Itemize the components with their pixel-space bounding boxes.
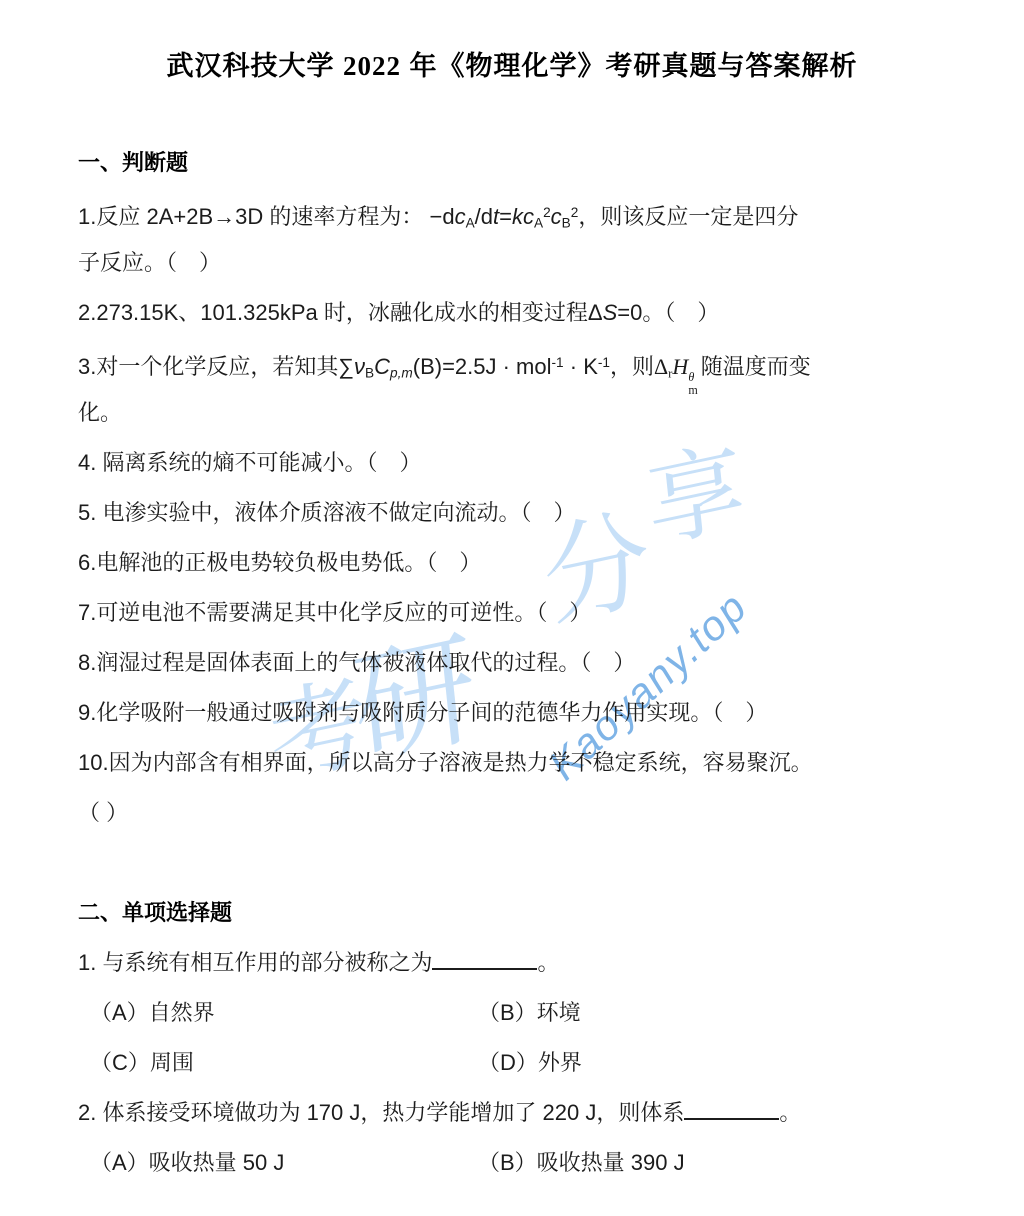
mc1-options-row-1: （A）自然界（B）环境	[78, 988, 958, 1038]
option-left: （A）自然界	[90, 988, 478, 1038]
title-text-pre: 武汉科技大学	[166, 51, 343, 81]
q10-line-2: （ ）	[78, 788, 958, 838]
q1-line-2: 子反应。（ ）	[78, 238, 958, 288]
q6-line: 6.电解池的正极电势较负极电势低。（ ）	[78, 538, 958, 588]
section-2-heading: 二、单项选择题	[78, 888, 958, 938]
title-text-post: 年《物理化学》考研真题与答案解析	[401, 51, 858, 81]
q3-line-2: 化。	[78, 388, 958, 438]
q8-line: 8.润湿过程是固体表面上的气体被液体取代的过程。（ ）	[78, 638, 958, 688]
exam-document-page: 考研分享 Kaoyany.top 武汉科技大学 2022 年《物理化学》考研真题…	[0, 0, 1024, 1216]
title-year: 2022	[343, 51, 401, 81]
section-1-heading: 一、判断题	[78, 138, 958, 188]
option-right: （D）外界	[478, 1038, 582, 1088]
q2-line: 2.273.15K、101.325kPa 时，冰融化成水的相变过程ΔS=0。（ …	[78, 288, 958, 338]
blank-line-between-sections	[78, 838, 958, 888]
q9-line: 9.化学吸附一般通过吸附剂与吸附质分子间的范德华力作用实现。（ ）	[78, 688, 958, 738]
mc2-options-row-1: （A）吸收热量 50 J（B）吸收热量 390 J	[78, 1138, 958, 1188]
option-left: （A）吸收热量 50 J	[90, 1138, 478, 1188]
mc2-question: 2. 体系接受环境做功为 170 J，热力学能增加了 220 J，则体系。	[78, 1088, 958, 1138]
stacked-sub-superscript: θm	[688, 371, 697, 396]
option-right: （B）环境	[478, 988, 581, 1038]
mc1-options-row-2: （C）周围（D）外界	[78, 1038, 958, 1088]
q3-line-1: 3.对一个化学反应，若知其∑νBCp,m(B)=2.5J · mol-1 · K…	[78, 338, 958, 388]
document-body: 一、判断题1.反应 2A+2B→3D 的速率方程为： −dcA/dt=kcA2c…	[78, 138, 958, 1188]
page-title: 武汉科技大学 2022 年《物理化学》考研真题与答案解析	[0, 44, 1024, 83]
fill-in-blank-line	[684, 1098, 779, 1120]
option-right: （B）吸收热量 390 J	[478, 1138, 685, 1188]
q4-line: 4. 隔离系统的熵不可能减小。（ ）	[78, 438, 958, 488]
q10-line-1: 10.因为内部含有相界面，所以高分子溶液是热力学不稳定系统，容易聚沉。	[78, 738, 958, 788]
q7-line: 7.可逆电池不需要满足其中化学反应的可逆性。（ ）	[78, 588, 958, 638]
mc1-question: 1. 与系统有相互作用的部分被称之为。	[78, 938, 958, 988]
fill-in-blank-line	[432, 948, 537, 970]
option-left: （C）周围	[90, 1038, 478, 1088]
q1-line-1: 1.反应 2A+2B→3D 的速率方程为： −dcA/dt=kcA2cB2，则该…	[78, 188, 958, 238]
q5-line: 5. 电渗实验中，液体介质溶液不做定向流动。（ ）	[78, 488, 958, 538]
